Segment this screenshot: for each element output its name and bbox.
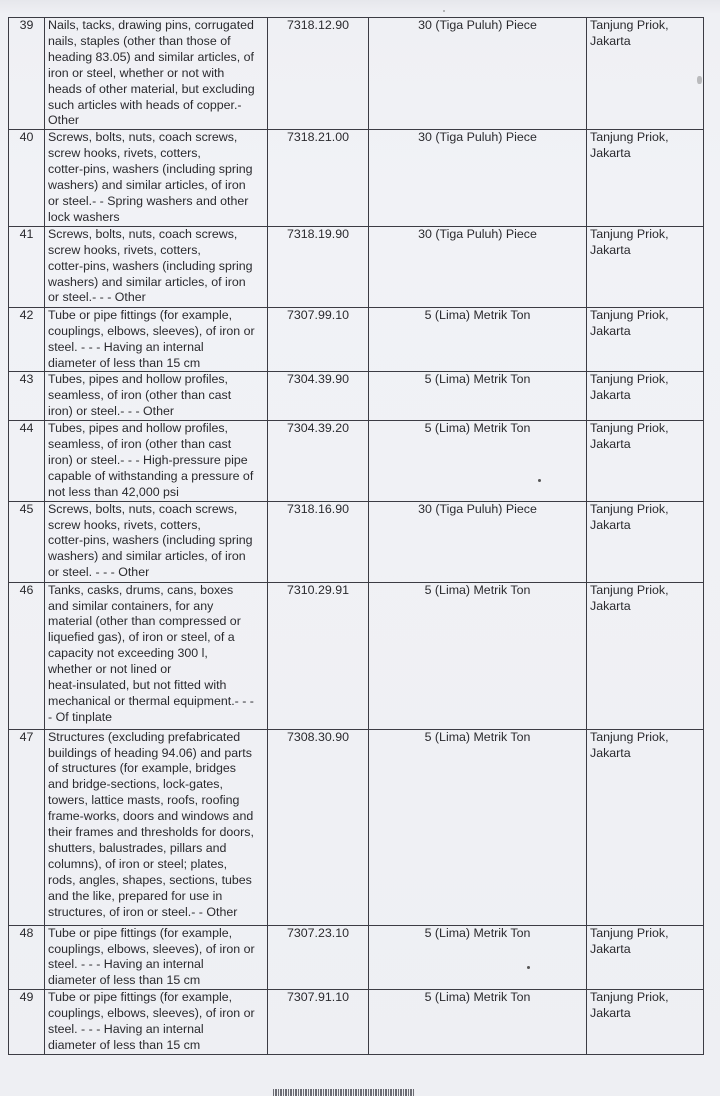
goods-description: Tubes, pipes and hollow profiles,seamles… <box>45 421 268 502</box>
row-number: 39 <box>9 18 45 130</box>
port-line: Tanjung Priok, <box>590 372 700 388</box>
port-line: Jakarta <box>590 146 700 162</box>
table-row: 40Screws, bolts, nuts, coach screws,scre… <box>9 130 704 226</box>
goods-description: Structures (excluding prefabricatedbuild… <box>45 729 268 925</box>
hs-code: 7304.39.20 <box>268 421 369 502</box>
table-row: 44Tubes, pipes and hollow profiles,seaml… <box>9 421 704 502</box>
table-row: 43Tubes, pipes and hollow profiles,seaml… <box>9 372 704 421</box>
description-line: their frames and thresholds for doors, <box>48 825 264 841</box>
description-line: cotter-pins, washers (including spring <box>48 259 264 275</box>
goods-description: Tube or pipe fittings (for example,coupl… <box>45 307 268 372</box>
description-line: diameter of less than 15 cm <box>48 356 264 372</box>
table-row: 45Screws, bolts, nuts, coach screws,scre… <box>9 501 704 582</box>
hs-code: 7307.99.10 <box>268 307 369 372</box>
row-number: 40 <box>9 130 45 226</box>
table-row: 46Tanks, casks, drums, cans, boxesand si… <box>9 582 704 729</box>
goods-description: Screws, bolts, nuts, coach screws,screw … <box>45 501 268 582</box>
description-line: washers) and similar articles, of iron <box>48 549 264 565</box>
description-line: Tube or pipe fittings (for example, <box>48 926 264 942</box>
description-line: or steel. - - - Other <box>48 565 264 581</box>
description-line: Nails, tacks, drawing pins, corrugated <box>48 18 264 34</box>
port-line: Tanjung Priok, <box>590 730 700 746</box>
description-line: couplings, elbows, sleeves), of iron or <box>48 942 264 958</box>
goods-description: Tanks, casks, drums, cans, boxesand simi… <box>45 582 268 729</box>
port-line: Jakarta <box>590 34 700 50</box>
description-line: nails, staples (other than those of <box>48 34 264 50</box>
description-line: rods, angles, shapes, sections, tubes <box>48 873 264 889</box>
quantity: 5 (Lima) Metrik Ton <box>369 421 587 502</box>
quantity: 30 (Tiga Puluh) Piece <box>369 501 587 582</box>
description-line: Structures (excluding prefabricated <box>48 730 264 746</box>
barcode-icon <box>273 1089 415 1096</box>
description-line: of structures (for example, bridges <box>48 761 264 777</box>
description-line: cotter-pins, washers (including spring <box>48 533 264 549</box>
description-line: iron or steel, whether or not with <box>48 66 264 82</box>
description-line: steel. - - - Having an internal <box>48 1022 264 1038</box>
hs-code: 7304.39.90 <box>268 372 369 421</box>
quantity: 5 (Lima) Metrik Ton <box>369 307 587 372</box>
description-line: Tanks, casks, drums, cans, boxes <box>48 583 264 599</box>
quantity: 5 (Lima) Metrik Ton <box>369 729 587 925</box>
quantity: 5 (Lima) Metrik Ton <box>369 925 587 990</box>
table-row: 39Nails, tacks, drawing pins, corrugated… <box>9 18 704 130</box>
description-line: heading 83.05) and similar articles, of <box>48 50 264 66</box>
quantity: 30 (Tiga Puluh) Piece <box>369 226 587 307</box>
scan-speck <box>697 76 702 84</box>
port-of-entry: Tanjung Priok,Jakarta <box>587 130 704 226</box>
port-of-entry: Tanjung Priok,Jakarta <box>587 226 704 307</box>
port-line: Jakarta <box>590 324 700 340</box>
port-line: Tanjung Priok, <box>590 926 700 942</box>
description-line: structures, of iron or steel.- - Other <box>48 905 264 921</box>
port-line: Tanjung Priok, <box>590 308 700 324</box>
row-number: 44 <box>9 421 45 502</box>
port-line: Tanjung Priok, <box>590 130 700 146</box>
port-line: Jakarta <box>590 942 700 958</box>
description-line: capable of withstanding a pressure of <box>48 469 264 485</box>
row-number: 43 <box>9 372 45 421</box>
description-line: couplings, elbows, sleeves), of iron or <box>48 1006 264 1022</box>
description-line: or steel.- - - Other <box>48 290 264 306</box>
port-of-entry: Tanjung Priok,Jakarta <box>587 501 704 582</box>
description-line: columns), of iron or steel; plates, <box>48 857 264 873</box>
description-line: couplings, elbows, sleeves), of iron or <box>48 324 264 340</box>
hs-code: 7318.12.90 <box>268 18 369 130</box>
description-line: Tube or pipe fittings (for example, <box>48 990 264 1006</box>
port-line: Tanjung Priok, <box>590 227 700 243</box>
scan-speck <box>538 479 541 482</box>
port-line: Tanjung Priok, <box>590 421 700 437</box>
description-line: such articles with heads of copper.- <box>48 98 264 114</box>
port-line: Jakarta <box>590 518 700 534</box>
table-row: 47Structures (excluding prefabricatedbui… <box>9 729 704 925</box>
description-line: towers, lattice masts, roofs, roofing <box>48 793 264 809</box>
port-line: Jakarta <box>590 243 700 259</box>
row-number: 41 <box>9 226 45 307</box>
goods-description: Nails, tacks, drawing pins, corrugatedna… <box>45 18 268 130</box>
description-line: mechanical or thermal equipment.- - - <box>48 694 264 710</box>
description-line: or steel.- - Spring washers and other <box>48 194 264 210</box>
row-number: 46 <box>9 582 45 729</box>
row-number: 48 <box>9 925 45 990</box>
description-line: Tubes, pipes and hollow profiles, <box>48 421 264 437</box>
description-line: and similar containers, for any <box>48 599 264 615</box>
scanned-page: 39Nails, tacks, drawing pins, corrugated… <box>0 0 720 1096</box>
row-number: 47 <box>9 729 45 925</box>
description-line: liquefied gas), of iron or steel, of a <box>48 630 264 646</box>
hs-code: 7310.29.91 <box>268 582 369 729</box>
description-line: diameter of less than 15 cm <box>48 973 264 989</box>
port-of-entry: Tanjung Priok,Jakarta <box>587 307 704 372</box>
description-line: whether or not lined or <box>48 662 264 678</box>
description-line: Other <box>48 113 264 129</box>
port-of-entry: Tanjung Priok,Jakarta <box>587 990 704 1055</box>
goods-description: Tube or pipe fittings (for example,coupl… <box>45 925 268 990</box>
description-line: iron) or steel.- - - Other <box>48 404 264 420</box>
quantity: 30 (Tiga Puluh) Piece <box>369 18 587 130</box>
description-line: screw hooks, rivets, cotters, <box>48 518 264 534</box>
description-line: heads of other material, but excluding <box>48 82 264 98</box>
port-of-entry: Tanjung Priok,Jakarta <box>587 729 704 925</box>
hs-code: 7308.30.90 <box>268 729 369 925</box>
table-row: 41Screws, bolts, nuts, coach screws,scre… <box>9 226 704 307</box>
description-line: - Of tinplate <box>48 710 264 726</box>
quantity: 5 (Lima) Metrik Ton <box>369 582 587 729</box>
description-line: iron) or steel.- - - High-pressure pipe <box>48 453 264 469</box>
description-line: washers) and similar articles, of iron <box>48 178 264 194</box>
hs-code: 7318.19.90 <box>268 226 369 307</box>
goods-description: Screws, bolts, nuts, coach screws,screw … <box>45 226 268 307</box>
hs-code: 7318.16.90 <box>268 501 369 582</box>
port-line: Jakarta <box>590 599 700 615</box>
table-row: 49Tube or pipe fittings (for example,cou… <box>9 990 704 1055</box>
description-line: steel. - - - Having an internal <box>48 340 264 356</box>
goods-description: Tube or pipe fittings (for example,coupl… <box>45 990 268 1055</box>
port-line: Jakarta <box>590 388 700 404</box>
quantity: 5 (Lima) Metrik Ton <box>369 372 587 421</box>
description-line: Tubes, pipes and hollow profiles, <box>48 372 264 388</box>
description-line: diameter of less than 15 cm <box>48 1038 264 1054</box>
row-number: 45 <box>9 501 45 582</box>
scan-speck <box>527 966 530 969</box>
port-line: Tanjung Priok, <box>590 18 700 34</box>
scan-speck <box>443 10 445 12</box>
port-line: Tanjung Priok, <box>590 502 700 518</box>
hs-code: 7318.21.00 <box>268 130 369 226</box>
description-line: steel. - - - Having an internal <box>48 957 264 973</box>
description-line: seamless, of iron (other than cast <box>48 437 264 453</box>
goods-description: Screws, bolts, nuts, coach screws,screw … <box>45 130 268 226</box>
description-line: heat-insulated, but not fitted with <box>48 678 264 694</box>
description-line: capacity not exceeding 300 l, <box>48 646 264 662</box>
description-line: frame-works, doors and windows and <box>48 809 264 825</box>
port-of-entry: Tanjung Priok,Jakarta <box>587 925 704 990</box>
port-line: Tanjung Priok, <box>590 990 700 1006</box>
port-line: Tanjung Priok, <box>590 583 700 599</box>
description-line: material (other than compressed or <box>48 614 264 630</box>
table-row: 48Tube or pipe fittings (for example,cou… <box>9 925 704 990</box>
port-of-entry: Tanjung Priok,Jakarta <box>587 582 704 729</box>
port-line: Jakarta <box>590 1006 700 1022</box>
row-number: 49 <box>9 990 45 1055</box>
description-line: buildings of heading 94.06) and parts <box>48 746 264 762</box>
quantity: 5 (Lima) Metrik Ton <box>369 990 587 1055</box>
description-line: screw hooks, rivets, cotters, <box>48 243 264 259</box>
port-line: Jakarta <box>590 437 700 453</box>
quantity: 30 (Tiga Puluh) Piece <box>369 130 587 226</box>
table-row: 42Tube or pipe fittings (for example,cou… <box>9 307 704 372</box>
description-line: Screws, bolts, nuts, coach screws, <box>48 502 264 518</box>
port-of-entry: Tanjung Priok,Jakarta <box>587 18 704 130</box>
description-line: Tube or pipe fittings (for example, <box>48 308 264 324</box>
hs-code: 7307.91.10 <box>268 990 369 1055</box>
port-line: Jakarta <box>590 746 700 762</box>
goods-description: Tubes, pipes and hollow profiles,seamles… <box>45 372 268 421</box>
description-line: Screws, bolts, nuts, coach screws, <box>48 130 264 146</box>
row-number: 42 <box>9 307 45 372</box>
port-of-entry: Tanjung Priok,Jakarta <box>587 372 704 421</box>
description-line: and the like, prepared for use in <box>48 889 264 905</box>
description-line: cotter-pins, washers (including spring <box>48 162 264 178</box>
description-line: Screws, bolts, nuts, coach screws, <box>48 227 264 243</box>
port-of-entry: Tanjung Priok,Jakarta <box>587 421 704 502</box>
description-line: screw hooks, rivets, cotters, <box>48 146 264 162</box>
hs-code: 7307.23.10 <box>268 925 369 990</box>
description-line: seamless, of iron (other than cast <box>48 388 264 404</box>
description-line: shutters, balustrades, pillars and <box>48 841 264 857</box>
description-line: and bridge-sections, lock-gates, <box>48 777 264 793</box>
description-line: washers) and similar articles, of iron <box>48 275 264 291</box>
description-line: not less than 42,000 psi <box>48 485 264 501</box>
description-line: lock washers <box>48 210 264 226</box>
goods-table: 39Nails, tacks, drawing pins, corrugated… <box>8 17 704 1055</box>
